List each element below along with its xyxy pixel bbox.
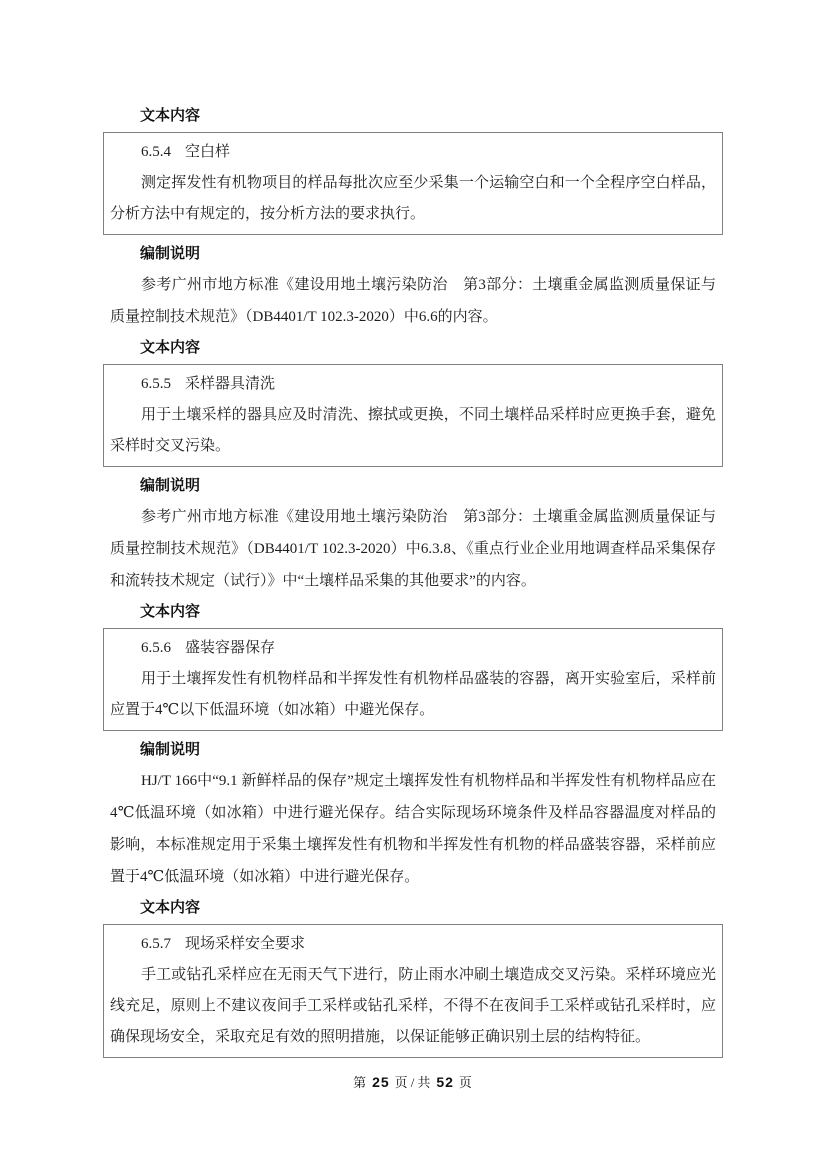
section-heading-text-content: 文本内容 [103, 106, 723, 126]
section-heading-compilation-note: 编制说明 [103, 244, 723, 264]
clause-body: 用于土壤采样的器具应及时清洗、擦拭或更换，不同土壤样品采样时应更换手套，避免采样… [110, 400, 716, 462]
clause-title: 6.5.5采样器具清洗 [110, 369, 716, 400]
footer-page-word: 页 [395, 1075, 409, 1090]
section-heading-text-content: 文本内容 [103, 898, 723, 918]
clause-box-6-5-4: 6.5.4空白样 测定挥发性有机物项目的样品每批次应至少采集一个运输空白和一个全… [103, 132, 723, 235]
section-heading-compilation-note: 编制说明 [103, 476, 723, 496]
clause-number: 6.5.6 [141, 640, 171, 656]
clause-body: 用于土壤挥发性有机物样品和半挥发性有机物样品盛装的容器，离开实验室后，采样前应置… [110, 664, 716, 726]
footer-separator: / [411, 1075, 416, 1090]
section-heading-compilation-note: 编制说明 [103, 740, 723, 760]
clause-body: 测定挥发性有机物项目的样品每批次应至少采集一个运输空白和一个全程序空白样品，分析… [110, 168, 716, 230]
clause-name: 盛装容器保存 [185, 640, 275, 656]
compilation-note-paragraph: 参考广州市地方标准《建设用地土壤污染防治 第3部分：土壤重金属监测质量保证与质量… [103, 269, 723, 333]
clause-box-6-5-5: 6.5.5采样器具清洗 用于土壤采样的器具应及时清洗、擦拭或更换，不同土壤样品采… [103, 364, 723, 467]
document-content: 文本内容 6.5.4空白样 测定挥发性有机物项目的样品每批次应至少采集一个运输空… [103, 0, 723, 1058]
footer-page-number: 25 [372, 1074, 390, 1090]
clause-body: 手工或钻孔采样应在无雨天气下进行，防止雨水冲刷土壤造成交叉污染。采样环境应光线充… [110, 960, 716, 1053]
clause-number: 6.5.7 [141, 936, 171, 952]
clause-title: 6.5.6盛装容器保存 [110, 633, 716, 664]
page-footer: 第25页/共52页 [0, 1072, 826, 1091]
clause-name: 现场采样安全要求 [185, 936, 305, 952]
section-heading-text-content: 文本内容 [103, 338, 723, 358]
clause-name: 空白样 [185, 144, 230, 160]
clause-title: 6.5.7现场采样安全要求 [110, 929, 716, 960]
clause-name: 采样器具清洗 [185, 376, 275, 392]
clause-box-6-5-6: 6.5.6盛装容器保存 用于土壤挥发性有机物样品和半挥发性有机物样品盛装的容器，… [103, 628, 723, 731]
footer-total-word: 共 [417, 1075, 431, 1090]
clause-title: 6.5.4空白样 [110, 137, 716, 168]
footer-prefix: 第 [353, 1075, 367, 1090]
footer-suffix: 页 [459, 1075, 473, 1090]
clause-number: 6.5.4 [141, 144, 171, 160]
compilation-note-paragraph: HJ/T 166中“9.1 新鲜样品的保存”规定土壤挥发性有机物样品和半挥发性有… [103, 765, 723, 893]
section-heading-text-content: 文本内容 [103, 602, 723, 622]
compilation-note-paragraph: 参考广州市地方标准《建设用地土壤污染防治 第3部分：土壤重金属监测质量保证与质量… [103, 501, 723, 597]
clause-number: 6.5.5 [141, 376, 171, 392]
document-page: 文本内容 6.5.4空白样 测定挥发性有机物项目的样品每批次应至少采集一个运输空… [0, 0, 826, 1169]
footer-total-number: 52 [436, 1074, 454, 1090]
clause-box-6-5-7: 6.5.7现场采样安全要求 手工或钻孔采样应在无雨天气下进行，防止雨水冲刷土壤造… [103, 924, 723, 1058]
